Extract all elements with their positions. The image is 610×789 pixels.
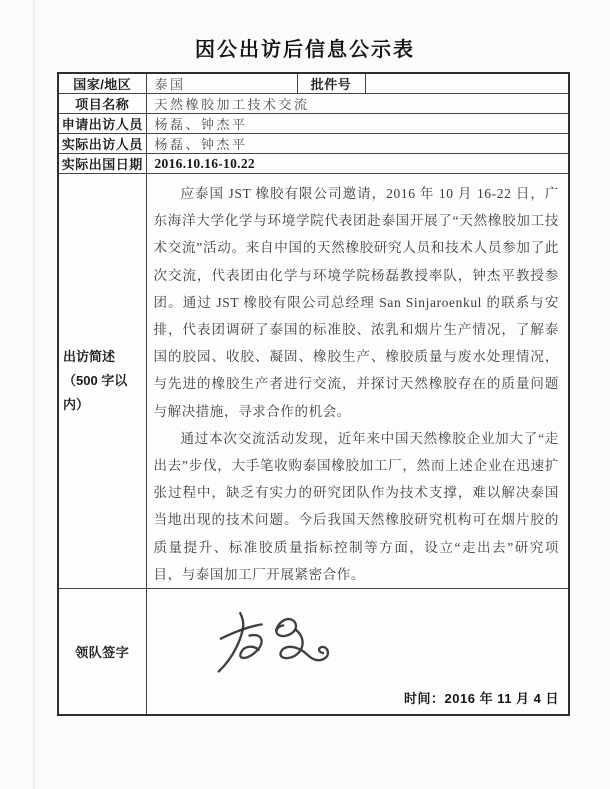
signature-label: 领队签字 [58,589,146,715]
row-actual-members: 实际出访人员 杨磊、钟杰平 [58,134,569,154]
scanned-document-page: 因公出访后信息公示表 国家/地区 泰国 批件号 项目名称 天然橡胶加工技术交流 … [0,0,610,789]
row-country: 国家/地区 泰国 批件号 [58,73,569,94]
signature-cell: 时间：2016 年 11 月 4 日 [146,589,569,715]
scan-artifact-streak [33,0,35,789]
country-label: 国家/地区 [58,73,146,94]
applicants-value: 杨磊、钟杰平 [146,114,569,134]
country-value: 泰国 [146,73,297,94]
handwritten-signature [205,607,345,699]
time-stamp: 时间：2016 年 11 月 4 日 [404,688,559,707]
summary-label: 出访简述 （500 字以内） [58,174,146,589]
page-title: 因公出访后信息公示表 [0,33,610,62]
row-summary: 出访简述 （500 字以内） 应泰国 JST 橡胶有限公司邀请，2016 年 1… [58,174,569,589]
summary-paragraph-2: 通过本次交流活动发现，近年来中国天然橡胶企业加大了“走出去”步伐，大手笔收购泰国… [154,425,560,588]
approval-number-label: 批件号 [297,73,365,94]
summary-label-note: （500 字以内） [63,373,127,412]
summary-content: 应泰国 JST 橡胶有限公司邀请，2016 年 10 月 16-22 日，广东海… [146,174,569,589]
row-project: 项目名称 天然橡胶加工技术交流 [58,94,569,114]
actual-members-label: 实际出访人员 [58,134,146,154]
summary-label-text: 出访简述 [63,349,115,364]
applicants-label: 申请出访人员 [58,114,146,134]
row-applicants: 申请出访人员 杨磊、钟杰平 [58,114,569,134]
project-label: 项目名称 [58,94,146,114]
actual-members-value: 杨磊、钟杰平 [146,134,569,154]
travel-dates-label: 实际出国日期 [58,154,146,174]
approval-number-value [365,73,569,94]
row-signature: 领队签字 时间：2016 年 11 月 4 日 [58,589,569,715]
row-travel-dates: 实际出国日期 2016.10.16-10.22 [58,154,569,174]
form-table: 国家/地区 泰国 批件号 项目名称 天然橡胶加工技术交流 申请出访人员 杨磊、钟… [57,72,570,716]
travel-dates-value: 2016.10.16-10.22 [146,154,569,174]
summary-paragraph-1: 应泰国 JST 橡胶有限公司邀请，2016 年 10 月 16-22 日，广东海… [154,180,560,425]
project-value: 天然橡胶加工技术交流 [146,94,569,114]
